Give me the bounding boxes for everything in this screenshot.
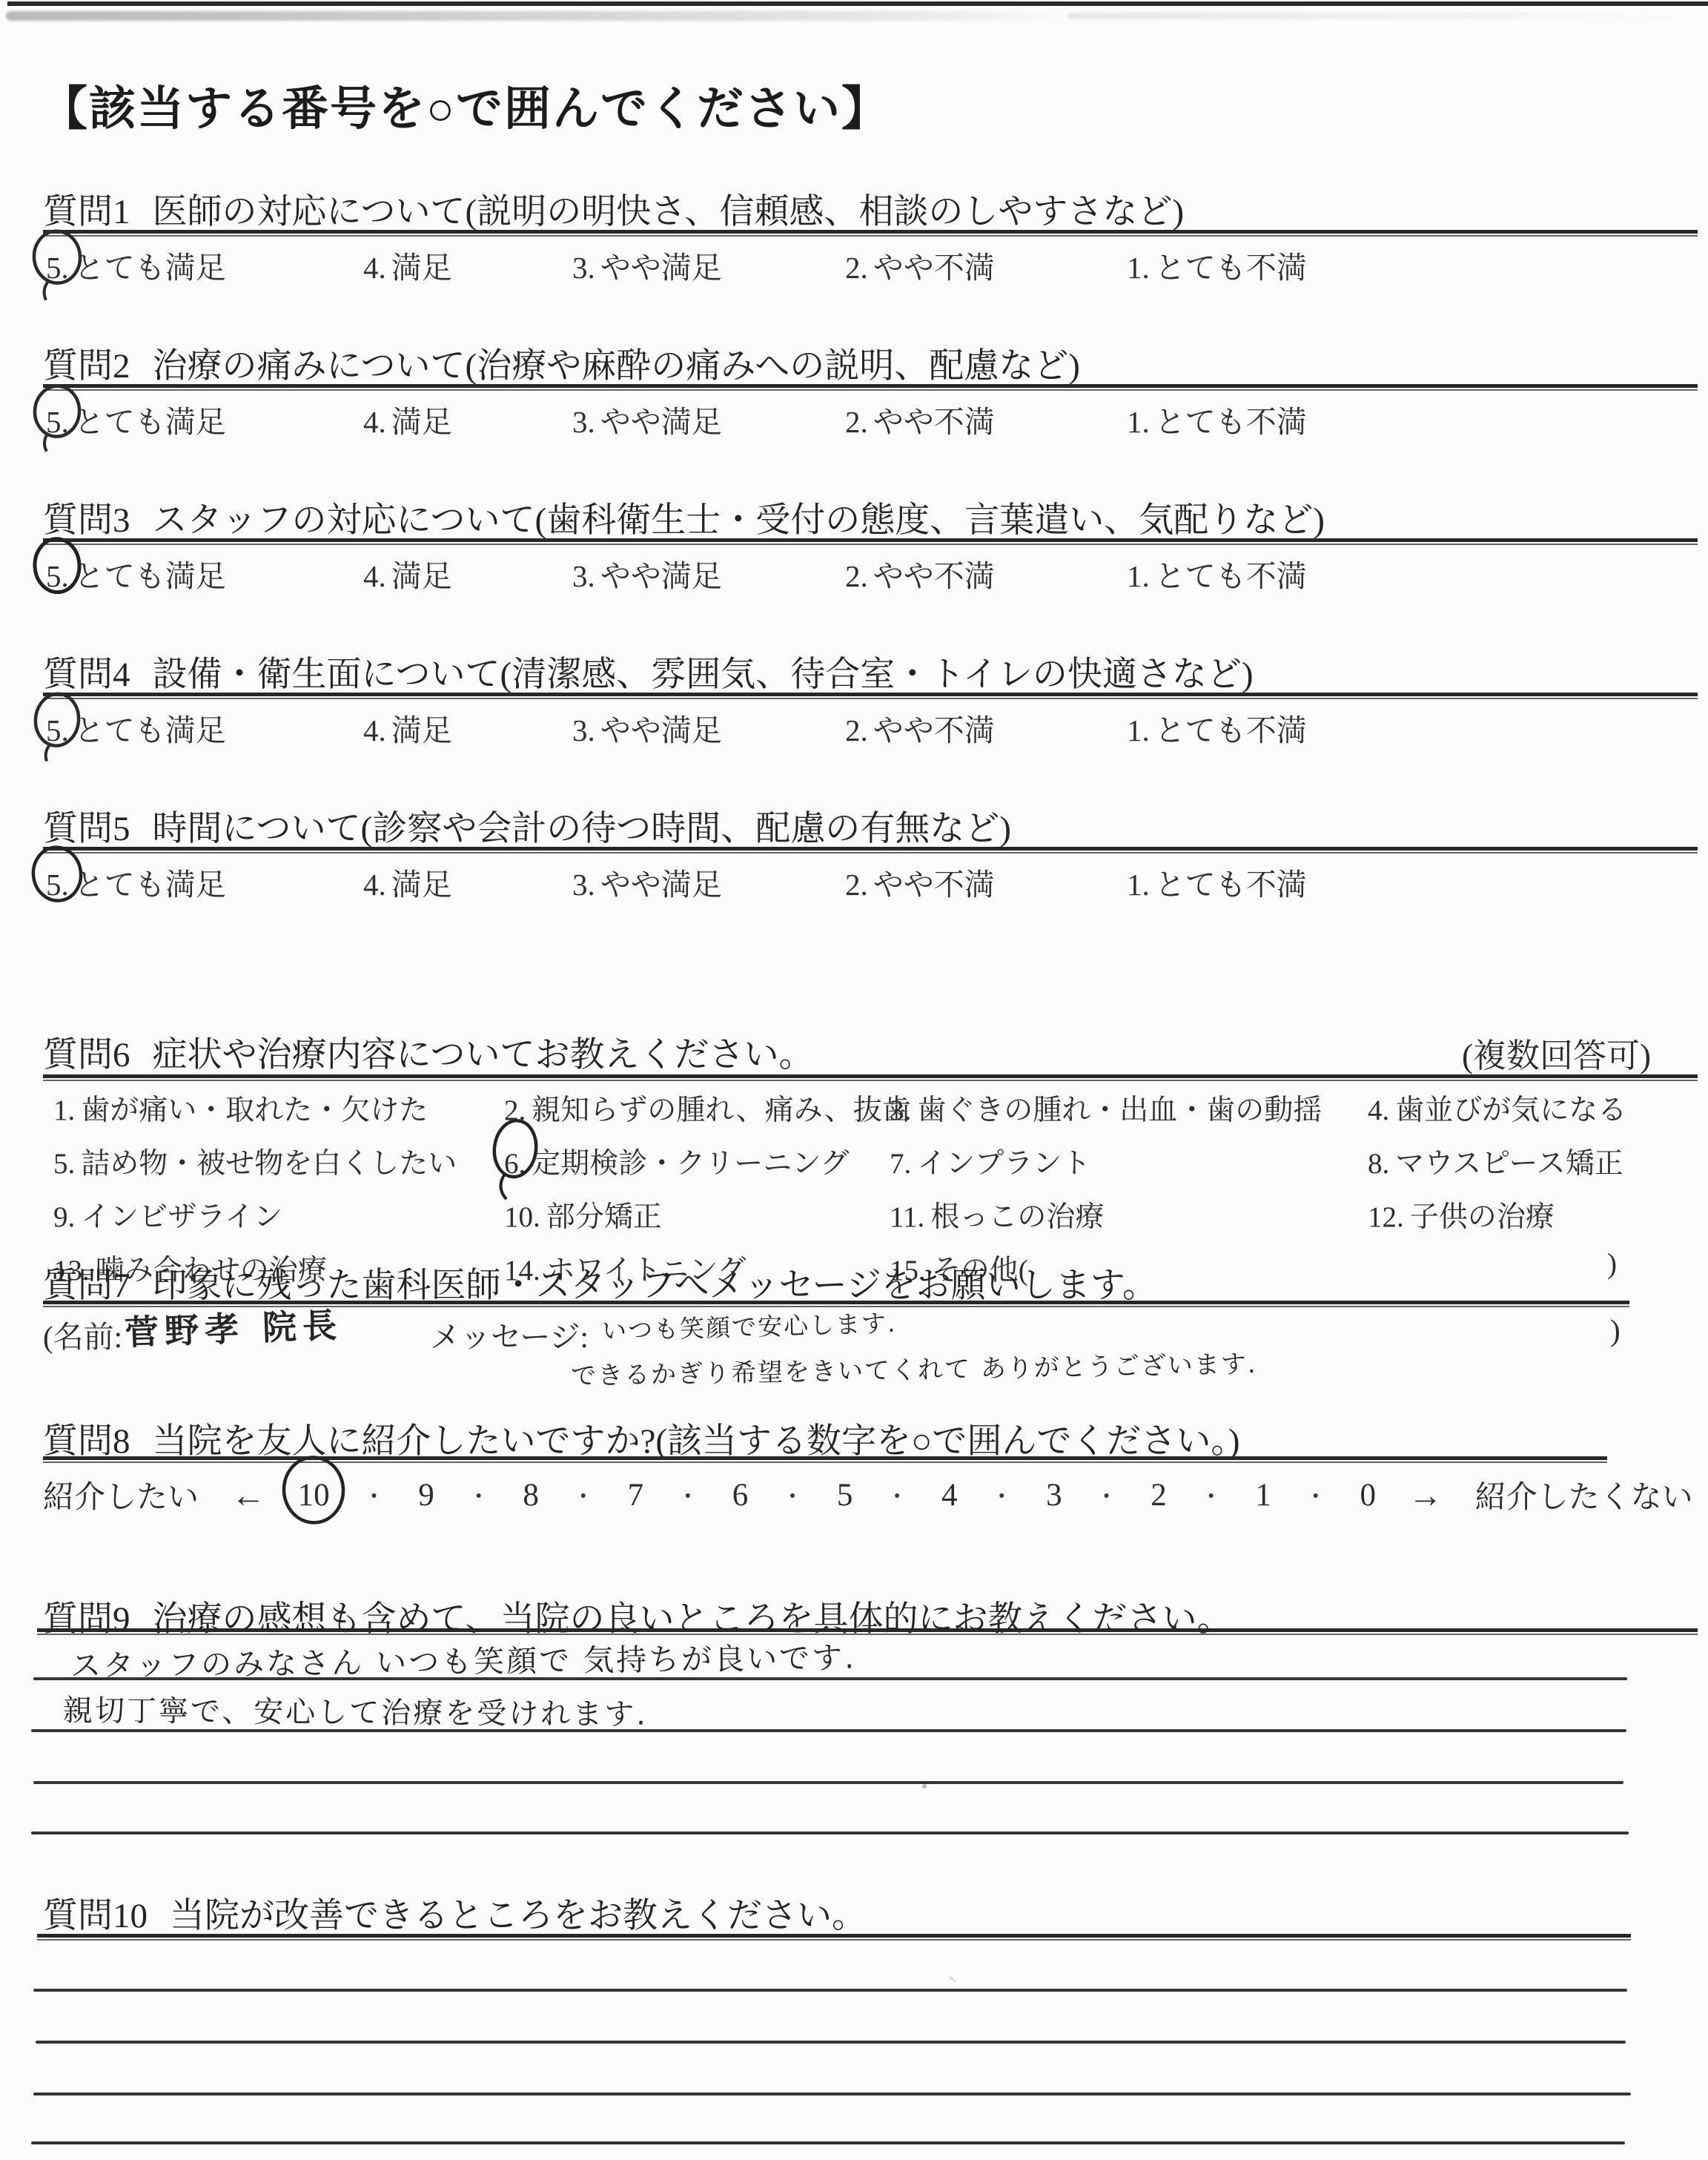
option-number: 5. (46, 868, 69, 902)
scale-number-7: 7 (628, 1477, 644, 1513)
handwritten-message-line1: いつも笑顔で安心します. (601, 1304, 897, 1347)
option-somewhat-dissatisfied: 2.やや不満 (845, 552, 995, 595)
dot-separator: ・ (885, 1478, 909, 1512)
scan-smudge-left (6, 11, 1066, 21)
option-label: とても満足 (74, 405, 226, 439)
option-number: 6. (504, 1148, 526, 1180)
scale-number-2: 2 (1151, 1477, 1167, 1513)
handwritten-answer-line2: 親切丁寧で、安心して治療を受けれます. (63, 1687, 648, 1734)
symptom-item-6-circled: 6. 定期検診・クリーニング (504, 1140, 849, 1182)
option-somewhat-dissatisfied: 2.やや不満 (845, 706, 995, 750)
question-10-rule (37, 1934, 1631, 1941)
multiple-answers-note: (複数回答可) (1462, 1028, 1651, 1077)
option-somewhat-satisfied: 3.やや満足 (572, 243, 722, 287)
scanned-survey-page: 【該当する番号を○で囲んでください】 質問1医師の対応について(説明の明快さ、信… (0, 0, 1708, 2160)
circled-answer: 10 (298, 1477, 330, 1513)
option-very-satisfied: 5. とても満足 (46, 552, 226, 595)
answer-line (36, 2041, 1626, 2044)
dot-separator: ・ (1199, 1478, 1223, 1512)
scale-number-10: 10 (298, 1478, 330, 1513)
question-4-options: 5. とても満足 4.満足 3.やや満足 2.やや不満 1.とても不満 (0, 706, 1708, 750)
question-3-options: 5. とても満足 4.満足 3.やや満足 2.やや不満 1.とても不満 (0, 552, 1708, 596)
option-very-satisfied: 5. とても満足 (46, 243, 226, 287)
question-10-label: 質問10 (43, 1897, 148, 1935)
question-2-options: 5. とても満足 4.満足 3.やや満足 2.やや不満 1.とても不満 (0, 397, 1708, 442)
question-7-label: 質問7 (43, 1266, 130, 1305)
option-very-satisfied: 5. とても満足 (46, 706, 226, 750)
option-somewhat-satisfied: 3.やや満足 (572, 552, 722, 595)
question-2-header: 質問2治療の痛みについて(治療や麻酔の痛みへの説明、配慮など) (43, 338, 1080, 388)
option-very-dissatisfied: 1.とても不満 (1127, 397, 1307, 441)
scale-number-3: 3 (1046, 1477, 1062, 1513)
other-close-paren: ) (1607, 1247, 1617, 1281)
scan-artifact-dot (922, 1784, 927, 1789)
option-somewhat-satisfied: 3.やや満足 (572, 860, 722, 904)
message-prefix: メッセージ: (430, 1312, 589, 1356)
answer-line (33, 1781, 1623, 1784)
symptom-item-3: 3.歯ぐきの腫れ・出血・歯の動揺 (890, 1087, 1322, 1129)
right-arrow: → (1409, 1476, 1443, 1515)
answer-line (33, 1989, 1627, 1992)
dot-separator: ・ (1304, 1478, 1328, 1512)
scale-number-8: 8 (523, 1477, 539, 1513)
scale-number-4: 4 (941, 1477, 958, 1513)
question-4-text: 設備・衛生面について(清潔感、雰囲気、待合室・トイレの快適さなど) (153, 655, 1254, 694)
option-very-dissatisfied: 1.とても不満 (1127, 706, 1307, 750)
option-very-dissatisfied: 1.とても不満 (1127, 552, 1307, 595)
name-prefix: (名前: (43, 1312, 122, 1356)
answer-line (31, 2141, 1625, 2144)
dot-separator: ・ (362, 1478, 385, 1512)
scale-number-9: 9 (418, 1477, 434, 1513)
answer-line (33, 1677, 1627, 1680)
symptom-item-8: 8.マウスピース矯正 (1368, 1140, 1623, 1182)
answer-line (31, 1729, 1626, 1732)
scale-number-0: 0 (1360, 1477, 1377, 1513)
question-8-rule (43, 1456, 1607, 1463)
option-label: とても満足 (74, 868, 226, 902)
question-8-label: 質問8 (43, 1422, 130, 1461)
symptom-item-1: 1.歯が痛い・取れた・欠けた (53, 1087, 428, 1129)
dot-separator: ・ (467, 1478, 491, 1512)
scale-number-5: 5 (837, 1477, 853, 1513)
symptom-item-4: 4.歯並びが気になる (1368, 1087, 1626, 1129)
option-somewhat-satisfied: 3.やや満足 (572, 397, 722, 441)
dot-separator: ・ (990, 1478, 1013, 1512)
option-number: 5. (46, 405, 69, 439)
handwritten-name: 菅野孝 院長 (124, 1298, 343, 1355)
option-satisfied: 4.満足 (363, 552, 452, 595)
answer-line (33, 2093, 1631, 2095)
question-1-text: 医師の対応について(説明の明快さ、信頼感、相談のしやすさなど) (153, 193, 1184, 231)
symptom-item-7: 7.インプラント (890, 1140, 1090, 1182)
circled-answer: 5. (46, 250, 69, 285)
question-1-options: 5. とても満足 4.満足 3.やや満足 2.やや不満 1.とても不満 (0, 243, 1708, 288)
question-3-header: 質問3スタッフの対応について(歯科衛生士・受付の態度、言葉遣い、気配りなど) (43, 492, 1325, 542)
recommend-scale-row: 紹介したい ← 10 ・ 9 ・ 8 ・ 7 ・ 6 ・ 5 ・ 4 ・ 3 ・… (43, 1473, 1693, 1517)
circled-answer: 5. (46, 713, 69, 748)
symptom-item-9: 9.インビザライン (53, 1194, 282, 1235)
option-somewhat-dissatisfied: 2.やや不満 (845, 397, 995, 441)
question-6-header: 質問6症状や治療内容についてお教えください。 (43, 1027, 814, 1077)
question-6-text: 症状や治療内容についてお教えください。 (153, 1036, 814, 1074)
handwritten-message-line2: できるかぎり希望をきいてくれて ありがとうございます. (571, 1344, 1257, 1392)
question-3-rule (43, 538, 1698, 545)
option-satisfied: 4.満足 (363, 860, 452, 904)
option-very-satisfied: 5. とても満足 (46, 397, 226, 441)
left-arrow: ← (231, 1476, 265, 1515)
option-satisfied: 4.満足 (363, 397, 452, 441)
dot-separator: ・ (572, 1478, 595, 1512)
question-2-rule (43, 384, 1698, 391)
option-very-dissatisfied: 1.とても不満 (1127, 243, 1307, 287)
question-4-label: 質問4 (43, 655, 130, 694)
question-10-header: 質問10当院が改善できるところをお教えください。 (43, 1888, 867, 1938)
page-title: 【該当する番号を○で囲んでください】 (41, 71, 890, 139)
option-number: 5. (46, 251, 69, 285)
dot-separator: ・ (676, 1478, 700, 1512)
option-very-dissatisfied: 1.とても不満 (1127, 860, 1307, 904)
question-6-label: 質問6 (43, 1036, 130, 1074)
name-close-paren: ) (1610, 1312, 1621, 1348)
question-5-rule (43, 847, 1698, 853)
question-1-label: 質問1 (43, 193, 130, 231)
option-number: 5. (46, 559, 69, 593)
scan-artifact-tick (949, 1976, 956, 1983)
question-2-label: 質問2 (43, 347, 130, 386)
question-6-rule (43, 1074, 1698, 1081)
question-8-header: 質問8当院を友人に紹介したいですか?(該当する数字を○で囲んでください。) (43, 1413, 1240, 1463)
question-8-text: 当院を友人に紹介したいですか?(該当する数字を○で囲んでください。) (153, 1422, 1240, 1461)
option-satisfied: 4.満足 (363, 243, 452, 287)
scale-number-6: 6 (732, 1477, 749, 1513)
question-4-header: 質問4設備・衛生面について(清潔感、雰囲気、待合室・トイレの快適さなど) (43, 647, 1254, 696)
question-9-rule (37, 1628, 1698, 1635)
question-1-rule (43, 230, 1698, 237)
option-somewhat-dissatisfied: 2.やや不満 (845, 243, 995, 287)
option-somewhat-dissatisfied: 2.やや不満 (845, 860, 995, 904)
symptom-item-5: 5.詰め物・被せ物を白くしたい (53, 1140, 457, 1182)
symptom-item-2: 2.親知らずの腫れ、痛み、抜歯 (504, 1087, 911, 1129)
question-10-text: 当院が改善できるところをお教えください。 (170, 1897, 867, 1935)
question-5-header: 質問5時間について(診察や会計の待つ時間、配慮の有無など) (43, 801, 1011, 851)
question-5-label: 質問5 (43, 810, 130, 848)
question-5-options: 5. とても満足 4.満足 3.やや満足 2.やや不満 1.とても不満 (0, 860, 1708, 905)
dot-separator: ・ (1094, 1478, 1118, 1512)
symptom-item-12: 12.子供の治療 (1368, 1194, 1555, 1235)
option-somewhat-satisfied: 3.やや満足 (572, 706, 722, 750)
circled-answer: 5. (46, 867, 69, 902)
question-3-label: 質問3 (43, 501, 130, 540)
circled-answer: 6. (504, 1147, 526, 1180)
recommend-right-label: 紹介したくない (1475, 1473, 1693, 1517)
option-number: 5. (46, 713, 69, 747)
recommend-left-label: 紹介したい (43, 1473, 199, 1517)
question-5-text: 時間について(診察や会計の待つ時間、配慮の有無など) (153, 810, 1011, 848)
answer-line (31, 1832, 1629, 1834)
question-3-text: スタッフの対応について(歯科衛生士・受付の態度、言葉遣い、気配りなど) (153, 501, 1325, 540)
circled-answer: 5. (46, 558, 69, 594)
option-label: とても満足 (74, 251, 226, 285)
symptom-item-11: 11.根っこの治療 (890, 1194, 1104, 1235)
question-7-header: 質問7印象に残った歯科医師・スタッフへメッセージをお願いします。 (43, 1258, 1157, 1307)
option-label: とても満足 (74, 559, 226, 593)
scan-top-edge-line (7, 1, 1708, 6)
symptom-item-10: 10.部分矯正 (504, 1194, 662, 1235)
option-very-satisfied: 5. とても満足 (46, 860, 226, 904)
scan-smudge-right (1067, 13, 1698, 19)
dot-separator: ・ (781, 1478, 804, 1512)
option-label: とても満足 (74, 713, 226, 747)
question-4-rule (43, 693, 1698, 699)
option-satisfied: 4.満足 (363, 706, 452, 750)
question-1-header: 質問1医師の対応について(説明の明快さ、信頼感、相談のしやすさなど) (43, 184, 1184, 234)
question-2-text: 治療の痛みについて(治療や麻酔の痛みへの説明、配慮など) (153, 347, 1080, 386)
scale-number-1: 1 (1255, 1477, 1271, 1513)
circled-answer: 5. (46, 404, 69, 440)
